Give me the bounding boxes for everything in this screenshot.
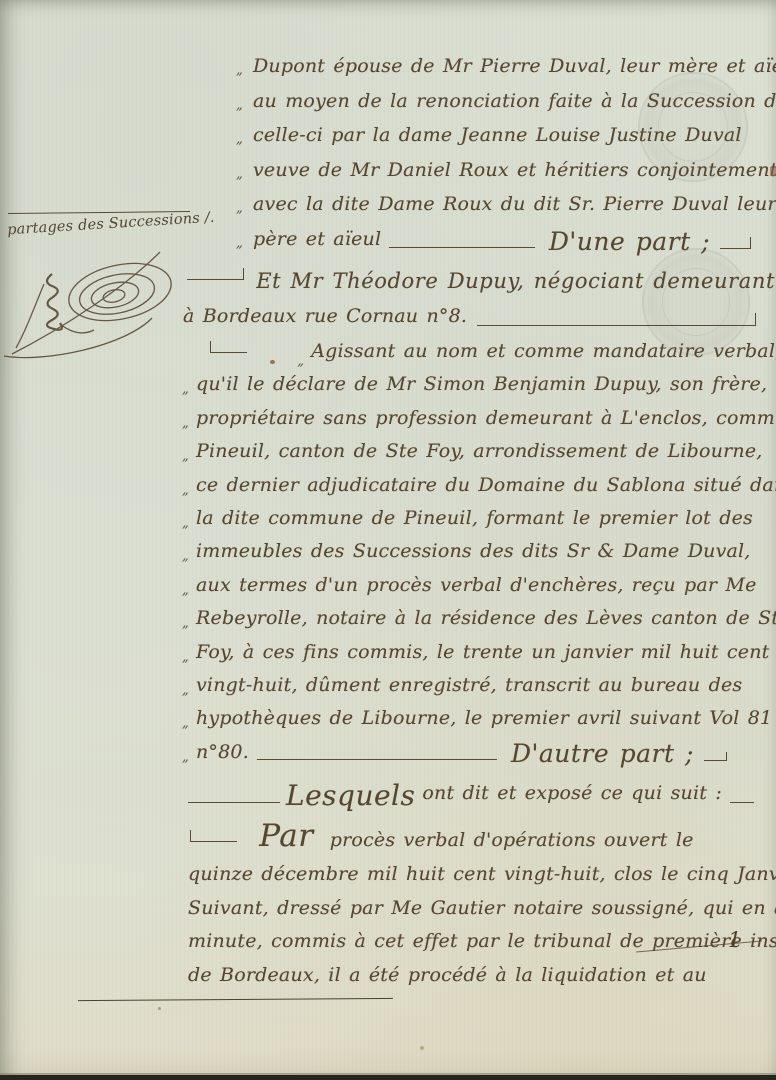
ink-rule [730,802,754,803]
manuscript-line: au moyen de la renonciation faite à la S… [253,84,755,119]
manuscript-line: ce dernier adjudicataire du Domaine du S… [196,469,762,502]
manuscript-line: immeubles des Successions des dits Sr & … [196,535,762,568]
manuscript-line: Pineuil, canton de Ste Foy, arrondisseme… [196,435,762,468]
ink-rule [257,759,497,760]
heading-rest: ont dit et exposé ce qui suit : [422,777,722,813]
paragraph-expose: Lesquels ont dit et exposé ce qui suit :… [188,772,762,992]
closing-left-text: n°80. [196,736,249,769]
foxing-spot [158,1007,161,1010]
manuscript-line: Et Mr Théodore Dupuy, négociant demeuran… [183,264,760,299]
paragraph-premiere-partie: Dupont épouse de Mr Pierre Duval, leur m… [253,49,755,257]
ink-rule [188,802,280,803]
manuscript-line: Suivant, dressé par Me Gautier notaire s… [188,892,762,926]
manuscript-page: partages des Successions /. Dupont épous… [0,0,776,1080]
manuscript-line: propriétaire sans profession demeurant à… [196,402,762,435]
manuscript-line: avec la dite Dame Roux du dit Sr. Pierre… [253,187,755,222]
manuscript-line: vingt-huit, dûment enregistré, transcrit… [196,669,762,702]
corner-bracket [704,752,727,761]
expose-heading: Lesquels ont dit et exposé ce qui suit : [188,772,762,812]
footer-rule [78,998,393,1001]
comparant-name: Et Mr Théodore Dupuy, négociant demeuran… [256,269,775,293]
manuscript-line: Foy, à ces fins commis, le trente un jan… [196,636,762,669]
manuscript-line: à Bordeaux rue Cornau n°8. [183,299,760,334]
manuscript-line: Agissant au nom et comme mandataire verb… [196,335,762,368]
opening-lead: Par [255,818,321,854]
address-text: à Bordeaux rue Cornau n°8. [183,299,467,334]
manuscript-line: quinze décembre mil huit cent vingt-huit… [188,858,762,892]
paraph-flourish [0,232,205,362]
ink-rule-with-tick [477,313,756,326]
corner-bracket [190,830,237,842]
sheet-number: 1 [728,928,741,952]
opening-rest: procès verbal d'opérations ouvert le [330,829,694,851]
manuscript-line: Dupont épouse de Mr Pierre Duval, leur m… [253,49,755,84]
red-edge-mark [770,167,776,176]
manuscript-line: la dite commune de Pineuil, formant le p… [196,502,762,535]
une-part-text: D'une part ; [543,227,716,257]
manuscript-line: minute, commis à cet effet par le tribun… [188,925,762,959]
margin-annotation: partages des Successions /. [0,196,205,356]
paragraph-deuxieme-comparant: Et Mr Théodore Dupuy, négociant demeuran… [183,264,760,334]
paragraph-mandat: Agissant au nom et comme mandataire verb… [196,335,762,769]
foxing-spot [420,1046,424,1050]
corner-bracket [210,341,247,353]
closing-line-autre-part: n°80. D'autre part ; [196,736,762,769]
corner-bracket [720,237,751,249]
ink-rule [389,247,535,248]
closing-left-text: père et aïeul [253,222,381,257]
scan-edge [0,1075,776,1080]
manuscript-line: veuve de Mr Daniel Roux et héritiers con… [253,153,755,188]
corner-bracket [187,268,244,280]
line-text: Agissant au nom et comme mandataire verb… [311,340,776,362]
manuscript-line: aux termes d'un procès verbal d'enchères… [196,569,762,602]
manuscript-line: Rebeyrolle, notaire à la résidence des L… [196,602,762,635]
expose-opening: Par procès verbal d'opérations ouvert le [188,814,762,858]
autre-part-text: D'autre part ; [505,739,700,769]
manuscript-line: qu'il le déclare de Mr Simon Benjamin Du… [196,368,762,401]
manuscript-line: celle-ci par la dame Jeanne Louise Justi… [253,118,755,153]
manuscript-line: de Bordeaux, il a été procédé à la liqui… [188,959,762,993]
closing-line-une-part: père et aïeul D'une part ; [253,222,755,257]
foxing-spot [270,360,275,364]
manuscript-line: hypothèques de Libourne, le premier avri… [196,702,762,735]
heading-lead: Lesquels [286,779,422,813]
